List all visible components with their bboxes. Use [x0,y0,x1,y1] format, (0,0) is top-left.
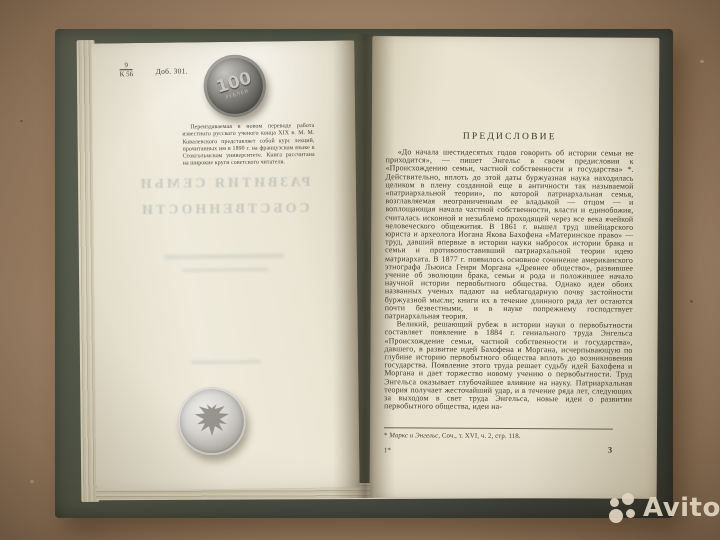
signature-mark: 1* [384,446,391,454]
page-number: 3 [608,445,612,455]
cardboard-speck [690,300,693,303]
eagle-emblem-icon [192,401,232,441]
showthrough-smudge [191,360,261,365]
library-code-bottom: К 56 [120,70,134,78]
cardboard-speck [30,480,34,483]
right-page: ПРЕДИСЛОВИЕ «До начала шестидесятых годо… [370,36,660,499]
showthrough-smudge [182,267,268,272]
left-page: 9 К 56 Доб. 301. 100 рублей Переиздаваем… [91,40,359,490]
photo-background: 9 К 56 Доб. 301. 100 рублей Переиздаваем… [0,0,720,540]
paragraph-2: Великий, решающий рубеж в истории науки … [384,320,633,412]
footnote-source: Соч., т. XVI, ч. 2, стр. 118. [440,433,520,440]
coin-100-rubles: 100 рублей [203,54,266,117]
showthrough-smudge [164,253,284,259]
showthrough-title-line1: РАЗВИТИЯ СЕМЬИ [115,175,333,194]
library-code: 9 К 56 [119,61,133,78]
footnote: * Маркс и Энгельс, Соч., т. XVI, ч. 2, с… [384,432,626,440]
cardboard-speck [700,60,704,63]
watermark-text: Avito [643,492,720,524]
showthrough-title-line2: СОБСТВЕННОСТИ [125,201,323,219]
avito-logo-icon [609,492,639,524]
footnote-rule [384,427,613,429]
chapter-heading: ПРЕДИСЛОВИЕ [386,131,634,143]
cardboard-speck [20,120,23,122]
library-code-top: 9 [119,61,133,70]
avito-watermark: Avito [609,492,720,524]
footnote-author: Маркс и Энгельс, [389,432,440,439]
paragraph-1: «До начала шестидесятых годов говорить о… [385,148,634,322]
coin-100-face: 100 рублей [196,47,273,124]
publisher-annotation: Переиздаваемая в новом переводе работа и… [182,123,315,168]
footnote-marker: * [384,432,388,439]
stamp-note: Доб. 301. [156,66,188,75]
coin-with-eagle [177,387,246,456]
body-text: «До начала шестидесятых годов говорить о… [384,148,634,412]
